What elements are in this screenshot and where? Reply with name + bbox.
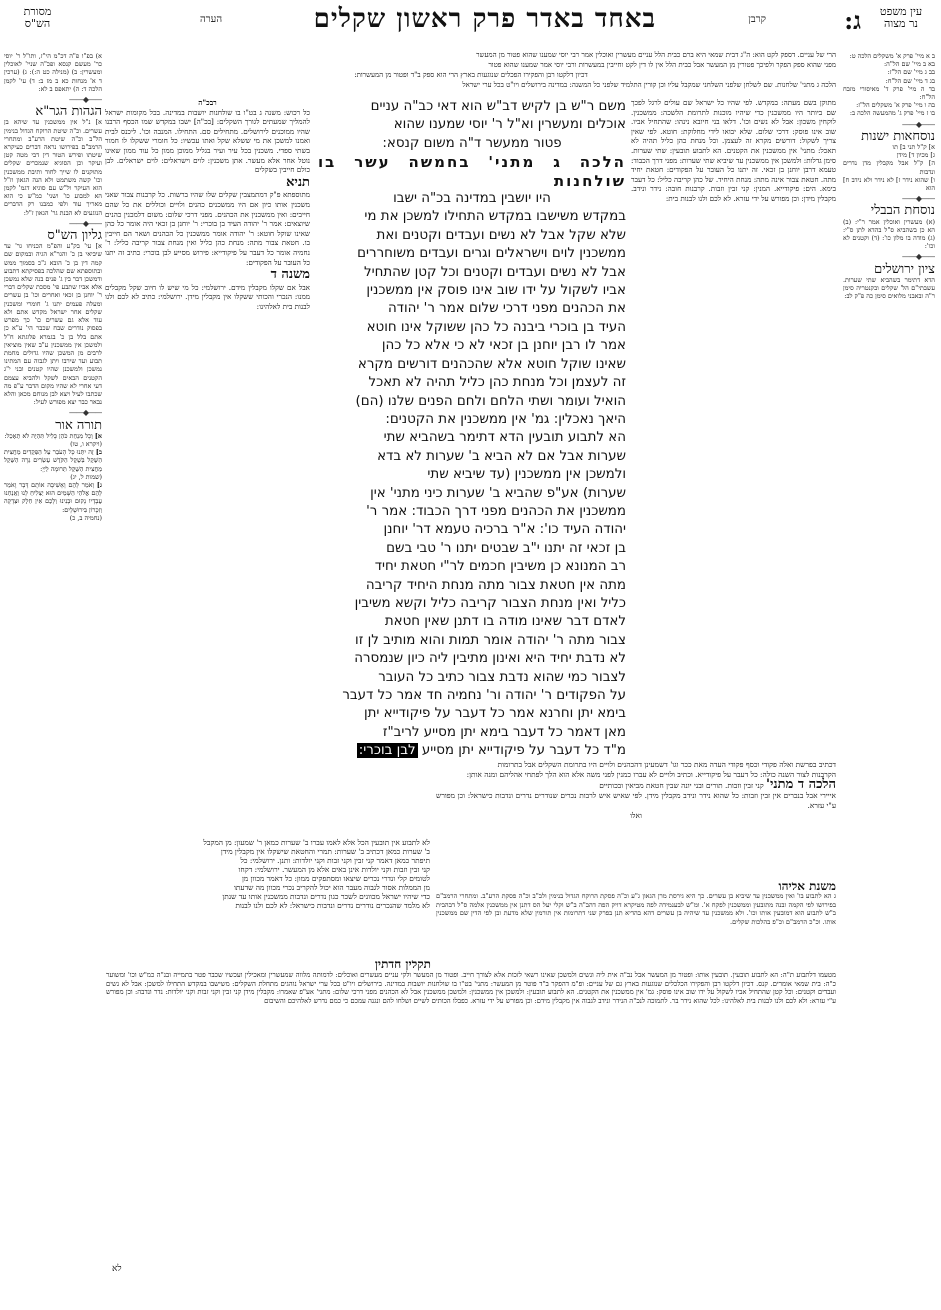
- ornament-divider: ——◆——: [4, 409, 102, 417]
- heara-heading: הערה: [200, 14, 222, 25]
- main-text: משם ר"ש בן לקיש דב"ש הוא דאי כב"ה עניים …: [318, 98, 626, 758]
- main-line: העיד בן בוכרי ביבנה כל כהן ששוקל אינו חו…: [318, 319, 626, 337]
- right-sidebar: ב א מיי' פרק א' משקלים הלכה ט: בא ב מיי'…: [843, 52, 935, 512]
- page-title: באחד באדר פרק ראשון שקלים: [314, 4, 656, 34]
- middle-commentary: לא לתבוע אין תובעין הכל אלא לאמו עברו ב'…: [105, 838, 430, 908]
- middle-line: ב' שערות כמאן דכתיב ב' שערות: תמרי והחטא…: [105, 847, 430, 856]
- main-line: ממשכנין את הכהנים מפני דרך הכבוד: אמר ר': [318, 503, 626, 521]
- ornament-divider: ——◆——: [4, 220, 102, 228]
- main-line: מתה אין חטאת צבור מתה מנחת היחיד קריבה: [318, 577, 626, 595]
- gilyon-hashas-title: גליון הש"ס: [4, 232, 102, 240]
- torah-or-item: א] וְכָל מִנְחַת כֹּהֵן כָּלִיל תִּהְיֶה…: [4, 432, 102, 440]
- main-line: שערות אבל אם לא הביא ב' שערות לא בדא: [318, 448, 626, 466]
- korban-commentary: מתוקן בשם מעתה: במקדש. לפי שהיו כל ישראל…: [631, 98, 836, 753]
- nuscha-bavli-title: נוסחת הבבלי: [843, 207, 935, 215]
- top-commentary: הרי של עניים. דספק לקט הוא: ה"ג דבית שמא…: [106, 50, 836, 94]
- ein-mishpat-label: עין משפט נר מצוה: [871, 6, 931, 30]
- main-line: זה לעצמן וכל מנחת כהן כליל תהיה לא תאכל: [318, 374, 626, 392]
- torah-or-item: ג] וָאֹמַר לָהֶם וָאָשִׁיבָה אוֹתָם דָּב…: [4, 481, 102, 514]
- main-line: היאך נאכלין: גמ' אין ממשכנין את הקטנים:: [318, 411, 626, 429]
- ornament-divider: ——◆——: [843, 195, 935, 203]
- nuscha-item: ה] ק"ל אבל מקבלין מדן נדרים ונדבות: [843, 159, 935, 175]
- halacha-heading: הלכה ג מתני' בחמשה עשר בו שולחנות: [318, 153, 626, 190]
- main-line: יהודה העיד כו': א"ר ברכיה טעמא דר' יוחנן: [318, 521, 626, 539]
- main-line: לא נדבת יחיד היא ואינון מתיבין ליה כיון …: [318, 650, 626, 668]
- main-line: הא לתבוע תובעין הדא דתימר בשהביא שתי: [318, 429, 626, 447]
- heara-commentary: רבכ"ה כל רכוש: משנה ג בט"ו בו שולחנות יו…: [105, 98, 310, 838]
- tanya-heading: תניא: [105, 178, 310, 188]
- main-line: במקדש משישבו במקדש התחילו למשכן את מי: [318, 208, 626, 226]
- korban-lower-text: דכתיב בפרשת ואלה פקודי וכסף פקודי העדה מ…: [436, 760, 836, 770]
- heara-text: מתוספתא פ"ק דמתמצבין שקלים שלו שהיו ברשו…: [105, 190, 310, 267]
- korban-halacha: הלכה ד מתני' קני זבין וזבות. תורים ובני …: [436, 780, 836, 791]
- korban-lower: דכתיב בפרשת ואלה פקודי וכסף פקודי העדה מ…: [436, 760, 836, 880]
- main-line: שלא שקל אבל לא נשים ועבדים וקטנים ואת: [318, 227, 626, 245]
- torah-or-ref: (נחמיה ב, כ): [4, 514, 102, 522]
- torah-or-label: א]: [95, 432, 102, 440]
- heara-text: אבל אם שקלו מקבלין מידם. ירושלמי: כל מי …: [105, 283, 310, 312]
- ein-mishpat-entry: ב א מיי' פרק א' משקלים הלכה ט:: [843, 52, 935, 60]
- hagahot-hagra-text: א] נ"ל אין ממשכנין עד שיהא בן עשרים. וכ"…: [4, 118, 102, 216]
- middle-line: קני זבין וזבות וקני יולדות אינן באים אלא…: [105, 865, 430, 874]
- top-commentary-line: דכיון דלקטו רבן והפקירו הפכלים שנוגעות ב…: [106, 70, 836, 80]
- main-line: אביו לשקול על ידו שוב אינו פוסק אין ממשכ…: [318, 282, 626, 300]
- main-line: שאינו שוקל חוטא אלא שהכהנים דורשים מקרא: [318, 356, 626, 374]
- heara-text: כל רכוש: משנה ג בט"ו בו שולחנות יושבות ב…: [105, 108, 310, 175]
- korban-lower-tail: ואלו: [436, 811, 836, 821]
- torah-or-item: ב] זֶה יִתְּנוּ כָּל הָעֹבֵר עַל הַפְּקֻ…: [4, 448, 102, 473]
- middle-line: לטומים קלי ונדרי נכרים שיצאו ומסתפקים ממ…: [105, 874, 430, 883]
- main-line: אוכלים ומעשרין וא"ל ר' יוסי שמענו שהוא: [318, 116, 626, 134]
- hagahot-hagra-title: הגהות הגר"א: [4, 108, 102, 116]
- torah-or-ref: (שמות ל, יג): [4, 473, 102, 481]
- ein-mishpat-entry: בה ו מיי' פרק א' משקלים הל"ז:: [843, 101, 935, 109]
- middle-line: מן הממלות אסור לגבוה מעבר הוא יכול להקרי…: [105, 883, 430, 892]
- highlighted-phrase[interactable]: לבן בוכרי:: [357, 743, 418, 758]
- ein-mishpat-entry: בא ב מיי' שם הל"ה:: [843, 60, 935, 68]
- main-line: הואיל ועומר ושתי הלחם ולחם הפנים שלנו (ה…: [318, 393, 626, 411]
- main-line: רב המנונא כן משיבין חכמים לר"י חטאת יחיד: [318, 558, 626, 576]
- top-commentary-line: הרי של עניים. דספק לקט הוא: ה"ג דבית שמא…: [106, 50, 836, 60]
- middle-line: כדי שיהיו ישראל מכוונים לשכר כגון נדרים …: [105, 892, 430, 901]
- torah-or-label: ב]: [96, 448, 102, 456]
- torah-or-title: תורה אור: [4, 422, 102, 430]
- main-line: ולמשכן אין ממשכנין (עד שיביא שתי: [318, 466, 626, 484]
- main-line: שערות) אע"פ שהביא ב' שערות כיני מתני' אי…: [318, 485, 626, 503]
- main-line: את הכהנים מפני דרכי שלום אמר ר' יהודה: [318, 300, 626, 318]
- ornament-divider: ——◆——: [843, 253, 935, 261]
- top-commentary-line: הלכה ג מתני' שלחנות. שם לשלחן שלפני השלח…: [106, 80, 836, 90]
- main-line: ממשכנין לוים וישראלים וגרים ועבדים משוחר…: [318, 245, 626, 263]
- section-heading: רבכ"ה: [105, 98, 310, 108]
- left-sidebar: א) בפ"ו פ"ה דכ"מ הי"ז, ותו"ל ר' יוסי כר'…: [4, 52, 102, 1272]
- nuschaot-yeshanot-title: נוסחאות ישנות: [843, 133, 935, 141]
- main-line: על הפקודים ר' יהודה ור' נחמיה חד אמר כל …: [318, 687, 626, 705]
- halacha-label: הלכה ד מתני': [766, 777, 836, 792]
- korban-heading: קרבן: [748, 14, 766, 25]
- tikun-chadash-title: תקלין חדתין: [106, 960, 431, 969]
- tziyun-yerushalmi-title: ציון ירושלים: [843, 266, 935, 274]
- ein-mishpat-entry: בד ה מיי' פרק ד' מאיסורי מזבח הל"ח:: [843, 85, 935, 101]
- top-commentary-line: מפני שהוא ספק הפקר ולפיכך פטורין מן המעש…: [106, 60, 836, 70]
- mishna-heading: משנה ד: [105, 270, 310, 280]
- tikun-chadash: תקלין חדתין מטעמו דלתבוע ת"ה: הא לתבוע ת…: [106, 960, 836, 1260]
- torah-or-verse: זֶה יִתְּנוּ כָּל הָעֹבֵר עַל הַפְּקֻדִי…: [4, 448, 102, 472]
- nuscha-item: ג] מכיון ד] מידן: [843, 151, 935, 159]
- main-line: לאדם דבר שאינו מודה בו דתנן שאין חטאת: [318, 613, 626, 631]
- masoret-hashas-label: מסורת הש"ס: [10, 6, 65, 30]
- main-line: מאן דאמר כל דעבר בימא יתן מסייע לריב"ז: [318, 724, 626, 742]
- main-line: פטור ממעשר ד"ה משום קנסא:: [318, 135, 626, 153]
- middle-line: תיפתר כמאן דאמר קני זבין וקני זבות וקני …: [105, 856, 430, 865]
- nuscha-item: א] ק"ל תני ב] תו: [843, 143, 935, 151]
- main-line: בימא יתן וחרנא אמר כל דעבר על פיקודייא י…: [318, 705, 626, 723]
- korban-halacha-text: קני זבין וזבות. תורים ובני יונה שבין חטא…: [599, 781, 764, 790]
- nuscha-item: ו] שהוא נידר ז] לא נידר ולא נידב ח] הוא: [843, 176, 935, 192]
- torah-or-verse: וָאֹמַר לָהֶם וָאָשִׁיבָה אוֹתָם דָּבָר …: [4, 481, 102, 514]
- main-line: אבל לא נשים ועבדים וקטנים וכל קטן שהתחיל: [318, 264, 626, 282]
- nuscha-bavli-text: (א) מעשרין ואוכלין אמר ר"י: (ב) הא כן בש…: [843, 218, 935, 251]
- ner-mitzva-line2: נר מצוה: [871, 18, 931, 30]
- ein-mishpat-entry: בו ז מיי' פרק ג' מהמעשה הלכה ב:: [843, 109, 935, 117]
- tikun-chadash-text: מטעמו דלתבוע ת"ה: הא לתבוע תובעין. תובעי…: [106, 971, 836, 1006]
- main-line: היו יושבין במדינה בכ"ה ישבו: [318, 190, 626, 208]
- tziyun-yerushalmi-text: הדא דתימר בשהביא שתי שערות. עשבתי"ם הל' …: [843, 276, 935, 301]
- torah-or-label: ג]: [97, 481, 102, 489]
- main-line: צבור מתה ר' יהודה אומר תמות והוא מותיב ל…: [318, 632, 626, 650]
- gilyon-hashas-text: א] עי' בק"ע והפ"מ הכניחו גר' עד שיביאי ב…: [4, 242, 102, 406]
- korban-text: מתוקן בשם מעתה: במקדש. לפי שהיו כל ישראל…: [631, 98, 836, 204]
- mishnat-eliyahu: משנת אליהו ג הא לתבוע בו' ואין ממשכנין ע…: [436, 882, 836, 957]
- hashas-line2: הש"ס: [10, 18, 65, 30]
- korban-lower-text: אייירי אבל בנכרים אין זבין וזבות: כל שהו…: [436, 791, 836, 811]
- daf-number: ג:: [844, 6, 861, 36]
- ein-mishpat-entry: בב ג מיי' שם הל"ז:: [843, 68, 935, 76]
- masoret-hashas-text: א) בפ"ו פ"ה דכ"מ הי"ז, ותו"ל ר' יוסי כר'…: [4, 52, 102, 93]
- main-line: בן זכאי זה יתנו י"ב שבטים יתנו ר' טבי בש…: [318, 540, 626, 558]
- mishnat-eliyahu-text: ג הא לתבוע בו' ואין ממשכנין עד שיביא בן …: [436, 892, 836, 926]
- ornament-divider: ——◆——: [843, 121, 935, 129]
- middle-line: לא לתבוע אין תובעין הכל אלא לאמו עברו ב'…: [105, 838, 430, 847]
- main-line: אמר לו רבן יוחנן בן זכאי לא כי אלא כל כה…: [318, 337, 626, 355]
- torah-or-verse: וְכָל מִנְחַת כֹּהֵן כָּלִיל תִּהְיֶה לֹ…: [4, 432, 92, 440]
- mishnat-eliyahu-title: משנת אליהו: [436, 882, 836, 890]
- catchword: לא: [112, 1263, 122, 1274]
- middle-line: לא מלמד שהנכרים נודרים נדרים ונדבות כישר…: [105, 901, 430, 908]
- main-line: לצבור כמי שהוא נדבת צבור כתיב כל העובר: [318, 669, 626, 687]
- ein-mishpat-entry: בג ד מיי' שם הל"ח:: [843, 77, 935, 85]
- main-line-text: מ"ד כל דעבר על פיקודייא יתן מסייע: [422, 743, 626, 758]
- main-line: מ"ד כל דעבר על פיקודייא יתן מסייע לבן בו…: [318, 742, 626, 758]
- ornament-divider: ——◆——: [4, 96, 102, 104]
- main-line: כליל ואין מנחת הצבור קריבה כליל וקשא משי…: [318, 595, 626, 613]
- torah-or-ref: (ויקרא ו, טו): [4, 440, 102, 448]
- main-line: משם ר"ש בן לקיש דב"ש הוא דאי כב"ה עניים: [318, 98, 626, 116]
